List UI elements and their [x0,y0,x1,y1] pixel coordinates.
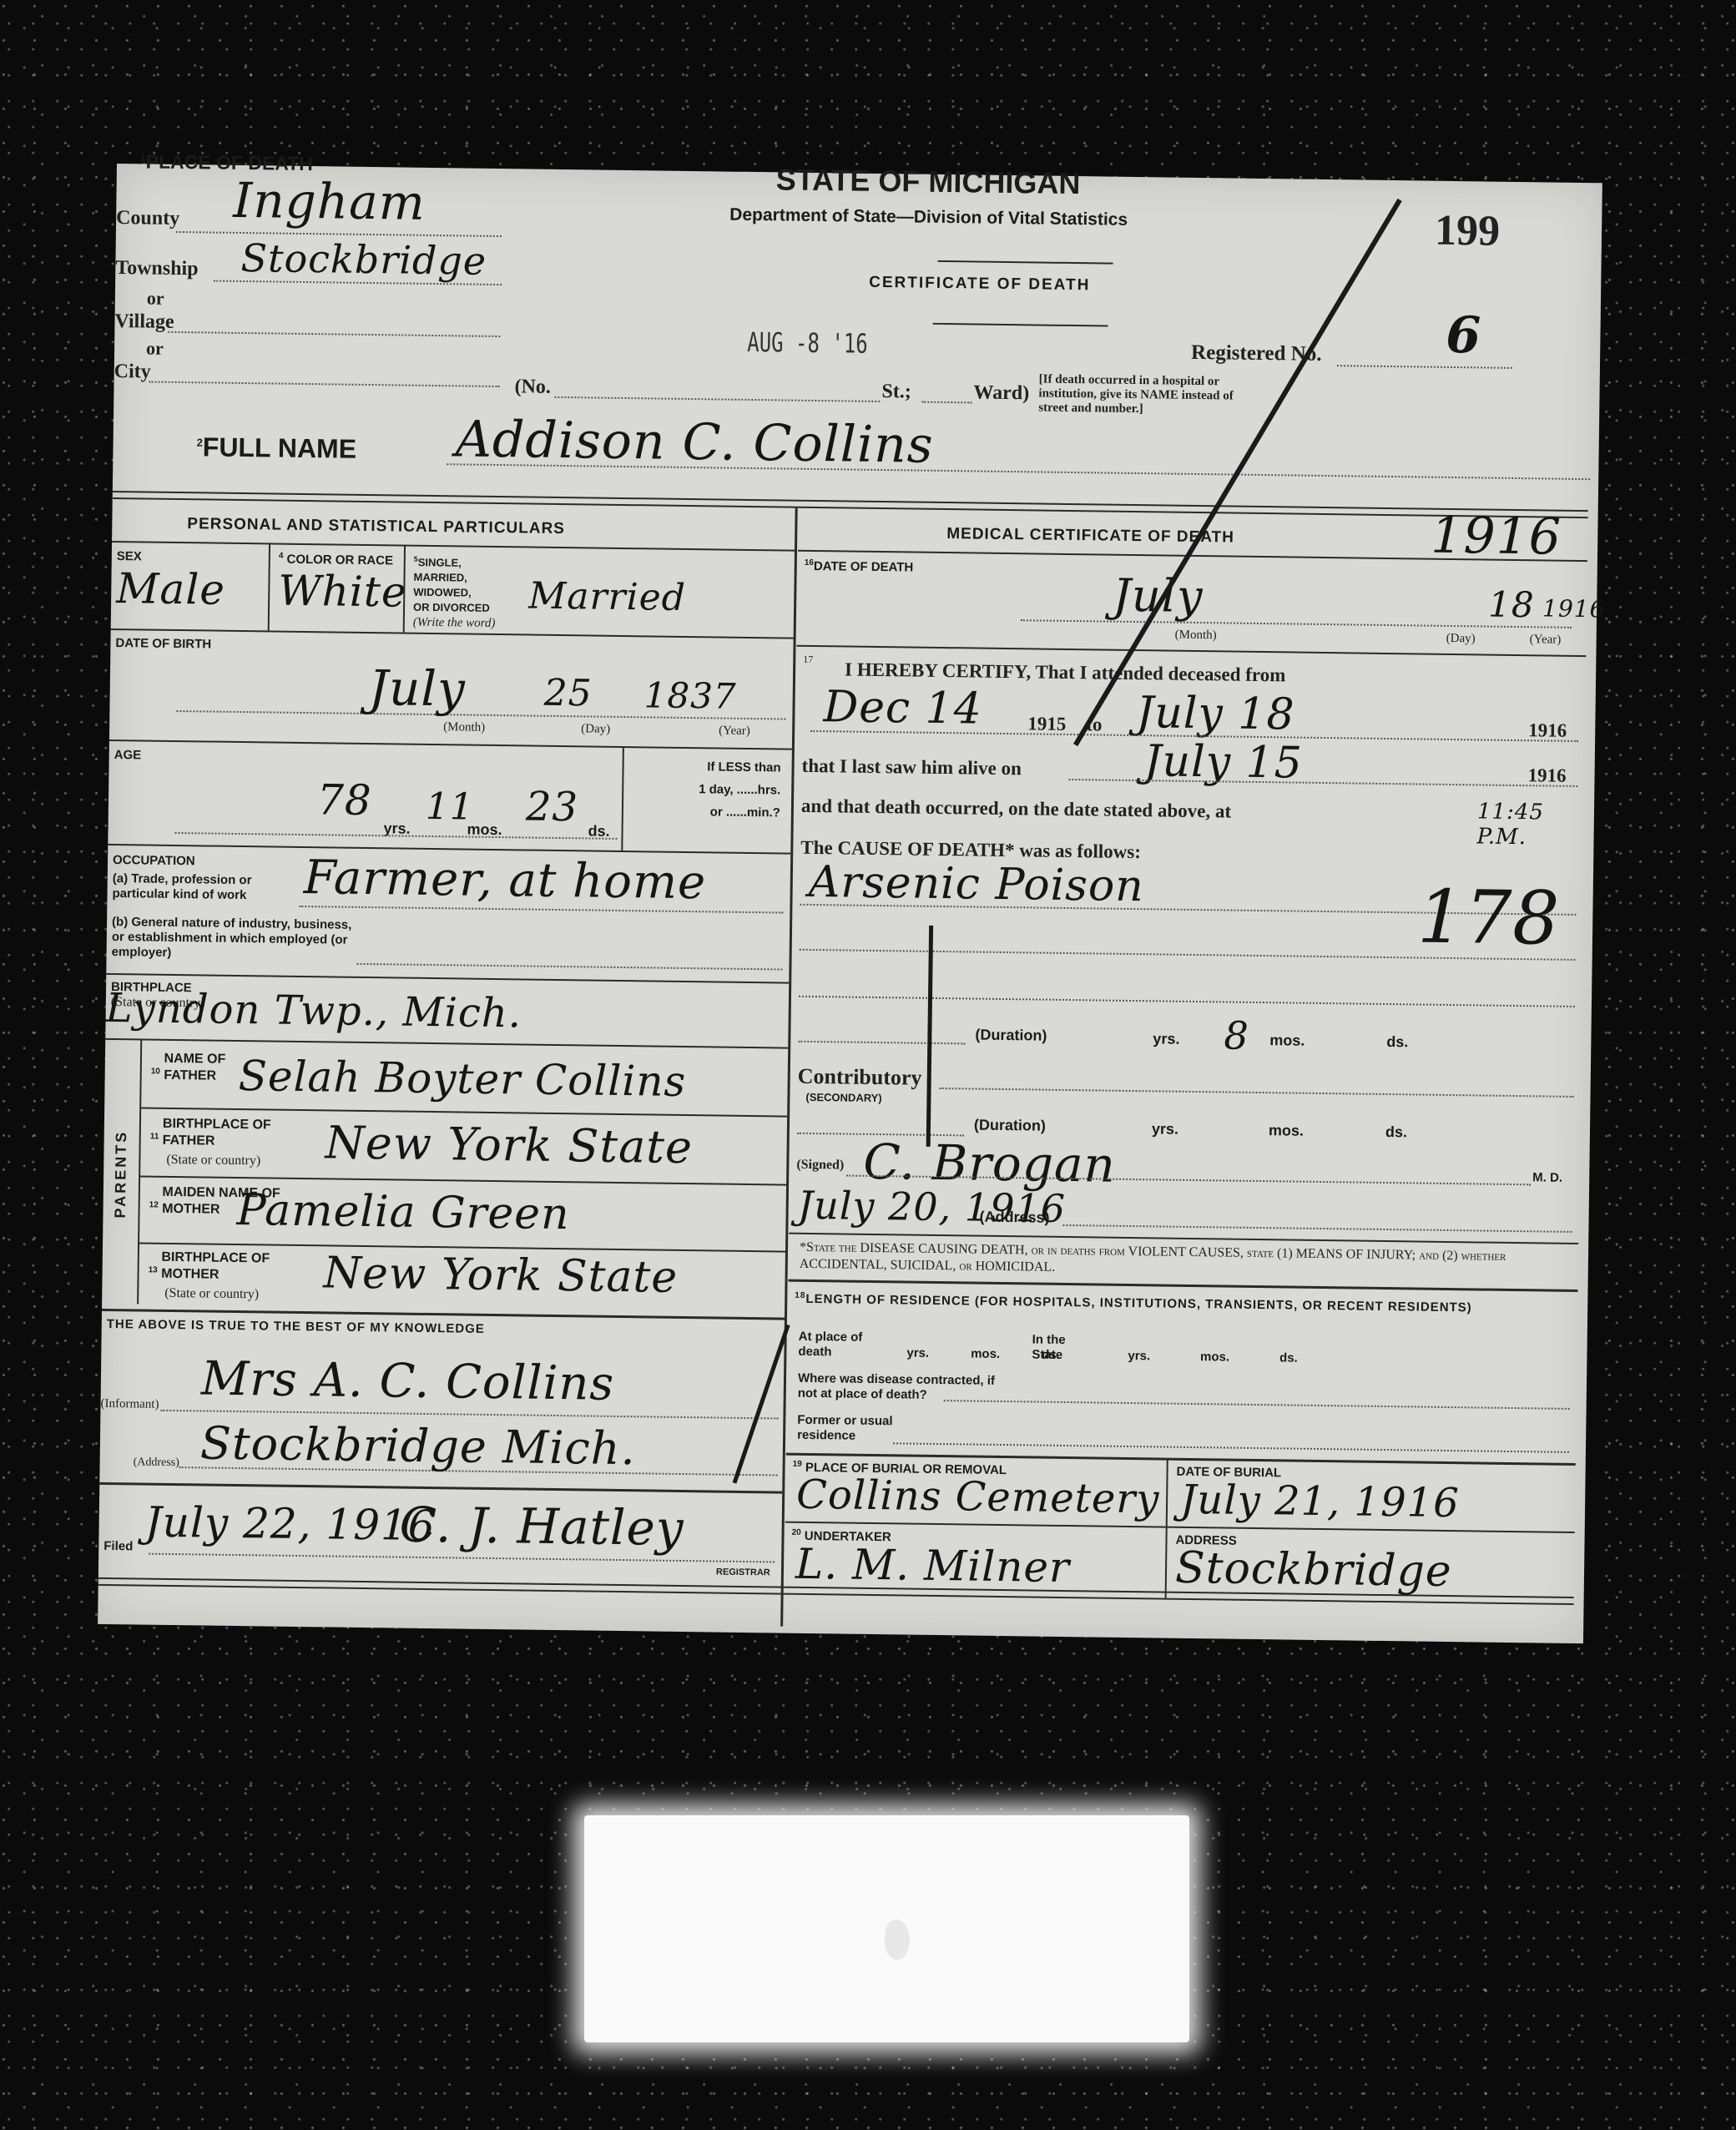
age-label: AGE [114,748,142,762]
mos-label: mos. [1269,1032,1305,1050]
county-label: County [116,207,179,230]
occupation-value: Farmer, at home [303,850,706,910]
physician-address-label: (Address) [979,1209,1049,1227]
row-divider [105,1038,788,1049]
personal-heading: PERSONAL AND STATISTICAL PARTICULARS [187,515,565,538]
village-label: Village [114,310,174,334]
former-residence-label: Former or usual residence [797,1413,914,1445]
verification-check-stroke [733,1325,790,1484]
township-label: Township [115,257,199,280]
street-line [554,396,880,402]
mother-birthplace-value: New York State [323,1248,678,1303]
duration-label: (Duration) [974,1117,1046,1135]
mos-label: mos. [1200,1350,1229,1364]
race-label: 4 COLOR OR RACE [279,552,393,568]
received-date-stamp: AUG -8 '16 [747,326,868,360]
attestation-text: THE ABOVE IS TRUE TO THE BEST OF MY KNOW… [107,1317,485,1336]
father-label: 10 NAME OF FATHER [151,1051,240,1085]
certify-text: I HEREBY CERTIFY, That I attended deceas… [845,659,1286,686]
field-number: 12 [149,1200,159,1209]
mother-birthplace-label: 13 BIRTHPLACE OF MOTHER [148,1249,295,1285]
field-number: 17 [803,654,813,666]
field-number: 18 [795,1291,805,1300]
mother-value: Pamelia Green [236,1185,570,1239]
contributory-line [940,1088,1574,1098]
place-of-death-heading: 1PLACE OF DEATH [140,150,313,175]
year-hint: (Year) [1530,633,1562,647]
occurred-text: and that death occurred, on the date sta… [801,795,1231,823]
birthplace-value: Lyndon Twp., Mich. [105,985,522,1037]
duration-line [798,1041,965,1045]
occupation-a-label: (a) Trade, profession or particular kind… [112,871,291,904]
field-number: 20 [792,1528,801,1537]
form-title: CERTIFICATE OF DEATH [869,274,1090,295]
marital-label: 5SINGLE, MARRIED, WIDOWED, OR DIVORCED (… [413,552,497,632]
ward-label: Ward) [973,381,1029,405]
age-days: 23 [526,783,579,830]
year-annotation: 1916 [1431,507,1562,567]
residence-heading: 18LENGTH OF RESIDENCE (FOR HOSPITALS, IN… [795,1288,1562,1318]
field-number: 4 [279,552,284,561]
attended-to-year: 1916 [1528,719,1567,742]
signed-label: (Signed) [796,1158,844,1174]
place-of-death-heading-text: PLACE OF DEATH [146,150,314,174]
father-label-text: NAME OF FATHER [164,1051,240,1085]
cause-line [799,996,1575,1007]
dob-month: July [368,659,466,718]
attended-to: July 18 [1136,688,1295,739]
burial-place-value: Collins Cemetery [796,1471,1160,1523]
age-years: 78 [317,775,372,825]
day-hint: (Day) [581,722,610,736]
contracted-label: Where was disease contracted, if not at … [798,1371,998,1404]
village-line [168,331,500,337]
month-hint: (Month) [1175,628,1217,644]
occupation-label: OCCUPATION [113,853,195,868]
dod-year: 1916 [1542,594,1606,623]
ward-line [921,401,971,404]
verification-check-stroke [926,926,933,1147]
secondary-label: (SECONDARY) [805,1091,881,1104]
sex-value: Male [116,564,225,614]
contracted-line [944,1400,1570,1410]
last-saw-text: that I last saw him alive on [801,755,1022,780]
father-birthplace-label: 11 BIRTHPLACE OF FATHER [150,1116,297,1151]
field-number: 19 [793,1460,802,1469]
street-no-label: (No. [514,376,551,399]
full-name-label-text: FULL NAME [203,432,357,463]
dod-label: 16DATE OF DEATH [805,558,914,575]
occupation-b-label: (b) General nature of industry, business… [112,915,355,963]
year-hint: (Year) [719,724,750,738]
father-birthplace-hint: (State or country) [166,1153,260,1168]
day-hint: (Day) [1446,632,1476,646]
ds-label: ds. [1386,1033,1408,1051]
field-number: 13 [149,1265,158,1274]
registered-no-line [1337,365,1512,369]
registrar-label: REGISTRAR [716,1567,770,1578]
marital-option: OR DIVORCED [413,600,496,616]
cause-code: 178 [1417,873,1561,961]
registrar-signature: C. J. Hatley [399,1497,684,1557]
last-saw-year: 1916 [1527,765,1566,787]
former-residence-line [893,1442,1569,1453]
informant-label: (Informant) [100,1397,159,1412]
sex-label: SEX [117,549,142,563]
row-divider [112,541,795,552]
cell-divider [268,543,270,630]
residence-heading-text: LENGTH OF RESIDENCE (FOR HOSPITALS, INST… [805,1292,1472,1315]
field-number: 10 [151,1067,160,1076]
at-place-label: At place of death [798,1330,873,1360]
dob-day: 25 [543,672,593,715]
race-label-text: COLOR OR RACE [286,553,393,568]
contributory-label: Contributory [798,1064,922,1091]
marital-option: WIDOWED, [413,585,496,601]
ds-label: ds. [1385,1123,1407,1141]
industry-line [356,963,782,971]
or-label: or [147,287,164,309]
father-value: Selah Boyter Collins [238,1052,686,1106]
father-birthplace-value: New York State [325,1116,693,1174]
field-number: 16 [805,558,814,568]
full-name-label: 2FULL NAME [196,432,356,465]
state-title: STATE OF MICHIGAN [776,162,1081,201]
divider [938,260,1113,265]
row-divider [141,1107,787,1117]
dod-label-text: DATE OF DEATH [814,559,914,575]
in-state-label: In the State [1032,1332,1090,1363]
dod-day: 18 [1488,584,1535,626]
registered-no-value: 6 [1446,306,1482,366]
informant-address-label: (Address) [134,1456,179,1470]
department-title: Department of State—Division of Vital St… [729,205,1128,230]
cause-footnote: *State the DISEASE CAUSING DEATH, or in … [800,1239,1567,1283]
yrs-label: yrs. [1128,1349,1150,1363]
undertaker-address-value: Stockbridge [1175,1543,1452,1597]
less-than-line: 1 day, ......hrs. [630,777,780,801]
city-label: City [114,361,151,384]
less-than-day: If LESS than 1 day, ......hrs. or ......… [630,755,781,824]
less-than-line: If LESS than [630,755,780,779]
row-divider [140,1175,786,1185]
row-divider [106,973,789,984]
dob-label: DATE OF BIRTH [115,636,211,652]
row-divider [109,739,792,750]
st-label: St.; [881,381,911,403]
or-label: or [146,337,164,359]
duration-label: (Duration) [975,1027,1047,1045]
full-name-value: Addison C. Collins [455,410,934,474]
cause-value: Arsenic Poison [808,857,1144,911]
field-number: 11 [150,1132,159,1141]
duration-months: 8 [1224,1012,1249,1057]
township-value: Stockbridge [240,235,487,284]
mother-birthplace-hint: (State or country) [164,1286,259,1302]
burial-date-value: July 21, 1916 [1180,1476,1460,1527]
marital-value: Married [528,575,686,619]
film-artifact [885,1920,910,1960]
marital-option: SINGLE, [418,556,462,569]
parents-side-label: PARENTS [112,1130,130,1219]
city-line [149,381,500,387]
column-divider [780,508,798,1627]
section-divider [99,1482,782,1494]
attended-from-year: 1915 [1027,713,1066,735]
divider [933,323,1108,327]
ds-label: ds. [1279,1350,1298,1365]
race-value: White [278,567,407,617]
father-birthplace-label-text: BIRTHPLACE OF FATHER [163,1116,297,1151]
less-than-line: or ......min.? [630,800,780,824]
hospital-note: [If death occurred in a hospital or inst… [1038,372,1239,417]
cell-divider [1165,1460,1168,1598]
mos-label: mos. [1269,1122,1304,1140]
marital-hint: (Write the word) [413,615,496,631]
row-divider [796,645,1586,657]
filed-date: July 22, 1916 [144,1498,436,1551]
yrs-label: yrs. [1153,1030,1179,1047]
parents-divider [137,1038,142,1304]
physician-address-line [1062,1224,1572,1233]
cell-divider [621,746,624,850]
yrs-label: yrs. [1152,1120,1178,1138]
attended-from: Dec 14 [823,682,982,734]
file-number: 199 [1435,206,1501,256]
informant-address-value: Stockbridge Mich. [200,1416,637,1475]
county-value: Ingham [233,172,426,231]
mother-birthplace-label-text: BIRTHPLACE OF MOTHER [161,1249,295,1285]
undertaker-value: L. M. Milner [795,1540,1071,1592]
mos-label: mos. [971,1347,1000,1361]
yrs-label: yrs. [906,1346,929,1360]
month-hint: (Month) [443,720,485,735]
filed-label: Filed [103,1539,133,1553]
marital-option: MARRIED, [413,570,496,586]
informant-value: Mrs A. C. Collins [201,1351,615,1411]
in-state-duration: yrs.mos.ds. [1094,1348,1298,1365]
time-of-death: 11:45 P.M. [1476,799,1594,850]
md-label: M. D. [1532,1170,1562,1184]
death-certificate: 1PLACE OF DEATH County Ingham Township S… [98,164,1602,1643]
dob-year: 1837 [643,674,737,716]
